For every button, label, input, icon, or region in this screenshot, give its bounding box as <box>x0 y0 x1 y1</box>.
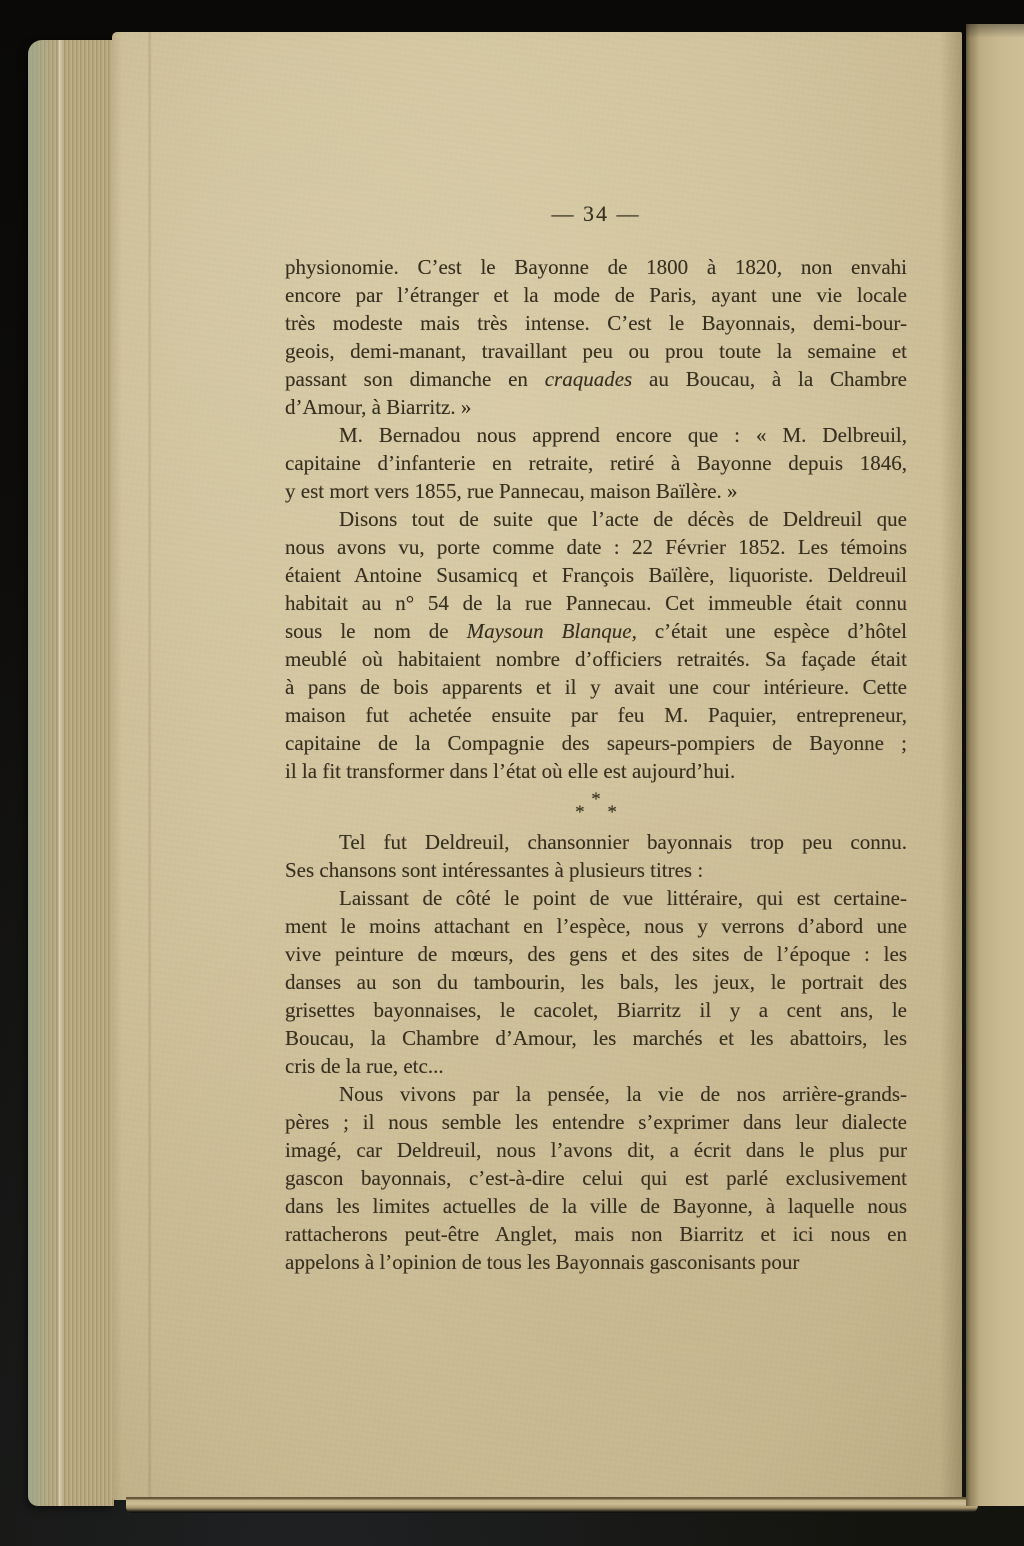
text-line: ment le moins attachant en l’espèce, nou… <box>285 912 907 940</box>
text-line: nous avons vu, porte comme date : 22 Fév… <box>285 533 907 561</box>
text-line: passant son dimanche en craquades au Bou… <box>285 365 907 393</box>
text-line: rattacherons peut-être Anglet, mais non … <box>285 1220 907 1248</box>
section-divider-asterism: ** * <box>285 794 907 820</box>
text-line: très modeste mais très intense. C’est le… <box>285 309 907 337</box>
paragraph: physionomie. C’est le Bayonne de 1800 à … <box>285 253 907 421</box>
text-line: physionomie. C’est le Bayonne de 1800 à … <box>285 253 907 281</box>
text-line: maison fut achetée ensuite par feu M. Pa… <box>285 701 907 729</box>
text-line: cris de la rue, etc... <box>285 1052 907 1080</box>
text-line: capitaine de la Compagnie des sapeurs-po… <box>285 729 907 757</box>
paragraph: M. Bernadou nous apprend encore que : « … <box>285 421 907 505</box>
photo-background: — 34 — physionomie. C’est le Bayonne de … <box>0 0 1024 1546</box>
text-line: dans les limites actuelles de la ville d… <box>285 1192 907 1220</box>
bottom-page-edges <box>126 1497 978 1513</box>
text-line: vive peinture de mœurs, des gens et des … <box>285 940 907 968</box>
text-line: Ses chansons sont intéressantes à plusie… <box>285 856 907 884</box>
page-text: physionomie. C’est le Bayonne de 1800 à … <box>285 253 907 1276</box>
text-line: danses au son du tambourin, les bals, le… <box>285 968 907 996</box>
text-line: Tel fut Deldreuil, chansonnier bayonnais… <box>285 828 907 856</box>
paragraph: Disons tout de suite que l’acte de décès… <box>285 505 907 785</box>
book-page: — 34 — physionomie. C’est le Bayonne de … <box>112 32 962 1500</box>
text-line: sous le nom de Maysoun Blanque, c’était … <box>285 617 907 645</box>
text-line: geois, demi-manant, travaillant peu ou p… <box>285 337 907 365</box>
text-line: Nous vivons par la pensée, la vie de nos… <box>285 1080 907 1108</box>
text-line: meublé où habitaient nombre d’officiers … <box>285 645 907 673</box>
text-line: à pans de bois apparents et il y avait u… <box>285 673 907 701</box>
asterism-bottom: * * <box>285 806 907 820</box>
paragraph: Tel fut Deldreuil, chansonnier bayonnais… <box>285 828 907 884</box>
text-line: y est mort vers 1855, rue Pannecau, mais… <box>285 477 907 505</box>
page-edge-stack <box>28 40 114 1506</box>
text-line: gascon bayonnais, c’est-à-dire celui qui… <box>285 1164 907 1192</box>
text-line: Boucau, la Chambre d’Amour, les marchés … <box>285 1024 907 1052</box>
text-line: M. Bernadou nous apprend encore que : « … <box>285 421 907 449</box>
page-number: — 34 — <box>285 200 907 228</box>
text-line: Laissant de côté le point de vue littéra… <box>285 884 907 912</box>
text-line: encore par l’étranger et la mode de Pari… <box>285 281 907 309</box>
text-line: grisettes bayonnaises, le cacolet, Biarr… <box>285 996 907 1024</box>
text-line: capitaine d’infanterie en retraite, reti… <box>285 449 907 477</box>
paragraph: Laissant de côté le point de vue littéra… <box>285 884 907 1080</box>
text-line: habitait au n° 54 de la rue Pannecau. Ce… <box>285 589 907 617</box>
text-line: étaient Antoine Susamicq et François Baï… <box>285 561 907 589</box>
facing-page-edge <box>966 24 1024 1506</box>
text-line: pères ; il nous semble les entendre s’ex… <box>285 1108 907 1136</box>
text-line: imagé, car Deldreuil, nous l’avons dit, … <box>285 1136 907 1164</box>
text-line: d’Amour, à Biarritz. » <box>285 393 907 421</box>
text-line: Disons tout de suite que l’acte de décès… <box>285 505 907 533</box>
text-line: appelons à l’opinion de tous les Bayonna… <box>285 1248 907 1276</box>
paragraph: Nous vivons par la pensée, la vie de nos… <box>285 1080 907 1276</box>
text-line: il la fit transformer dans l’état où ell… <box>285 757 907 785</box>
